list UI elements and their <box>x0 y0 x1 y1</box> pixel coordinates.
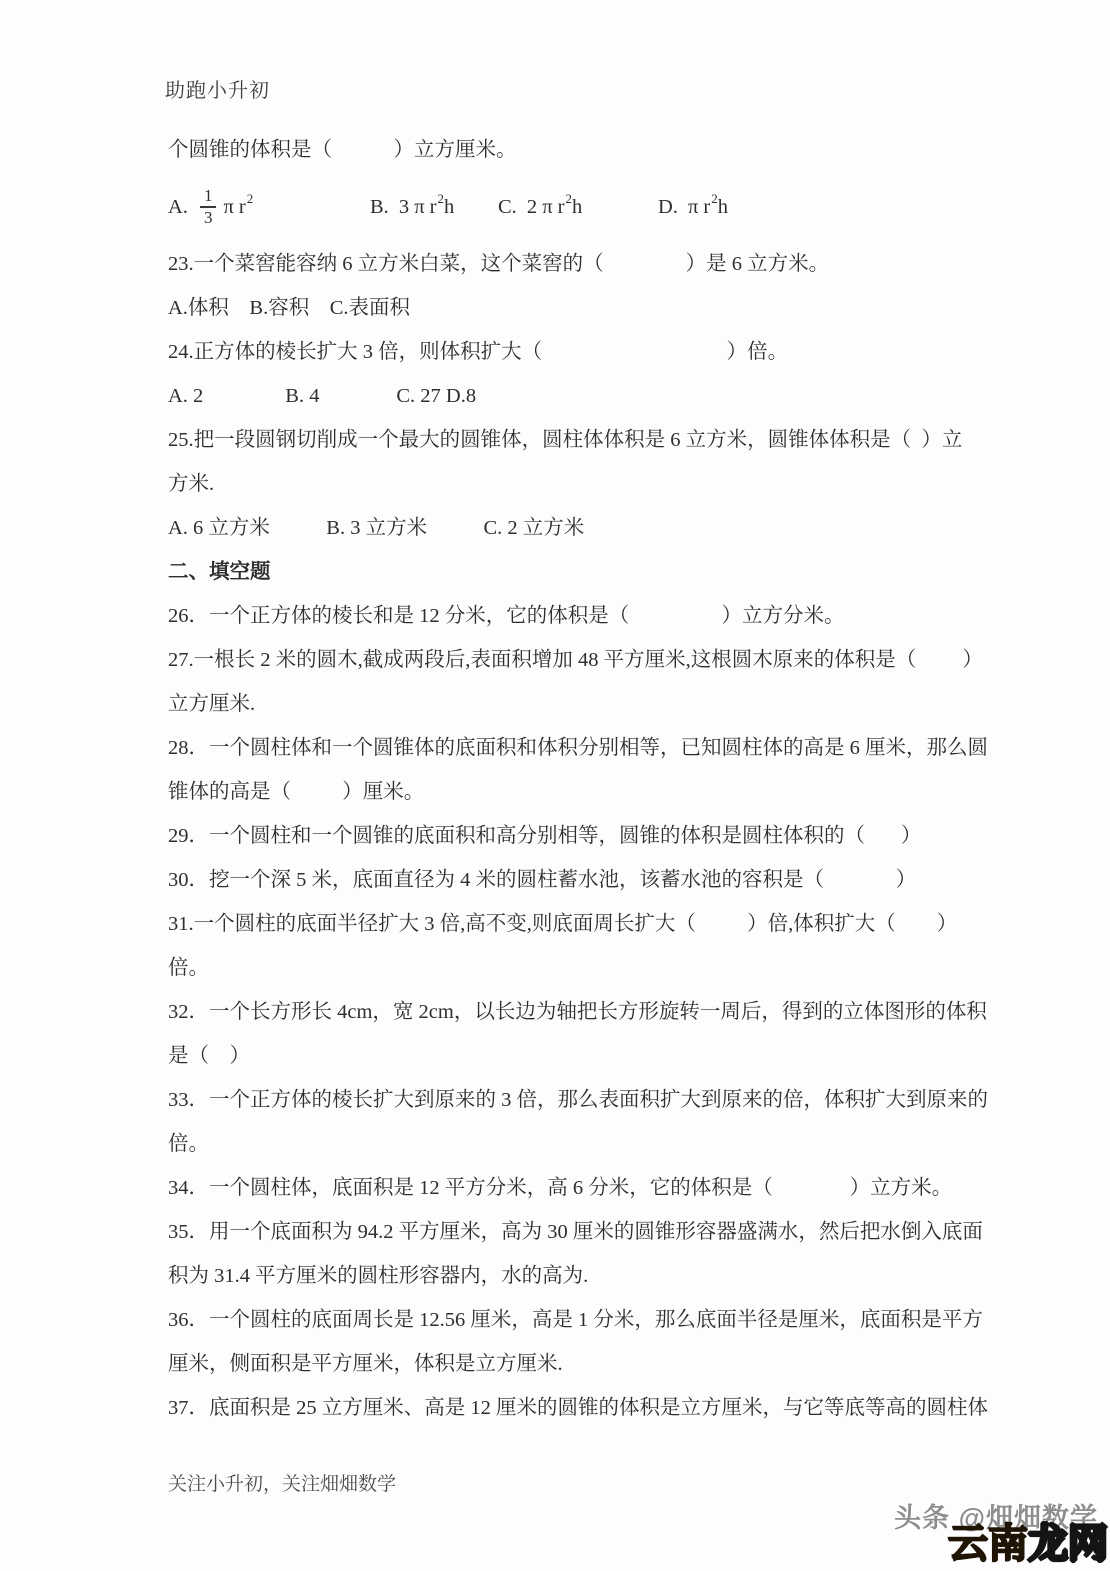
line-q29: 29．一个圆柱和一个圆锥的底面积和高分别相等，圆锥的体积是圆柱体积的（ ） <box>168 814 968 858</box>
q22-options-row: A. 1 3 π r2 B. 3 π r2h C. 2 π r2h D. π r… <box>168 172 968 242</box>
line-q28: 28．一个圆柱体和一个圆锥体的底面积和体积分别相等，已知圆柱体的高是 6 厘米，… <box>168 726 968 770</box>
line-q25-options: A. 6 立方米 B. 3 立方米 C. 2 立方米 <box>168 506 968 550</box>
line-q25: 25.把一段圆钢切削成一个最大的圆锥体，圆柱体体积是 6 立方米，圆锥体体积是（… <box>168 418 968 462</box>
option-c-expression: 2 π r <box>527 185 565 229</box>
line-q36-cont: 厘米，侧面积是平方厘米，体积是立方厘米. <box>168 1342 968 1386</box>
fraction-denominator: 3 <box>200 208 217 228</box>
option-d-expression: π r <box>688 185 710 229</box>
line-q24: 24.正方体的棱长扩大 3 倍，则体积扩大（ ）倍。 <box>168 330 968 374</box>
watermark: 头条 @畑畑数学 云南龙网 <box>868 1496 1108 1568</box>
option-b-exponent: 2 <box>438 177 445 221</box>
watermark-site-name-orange: 云南 <box>948 1522 1028 1566</box>
line-q27: 27.一根长 2 米的圆木,截成两段后,表面积增加 48 平方厘米,这根圆木原来… <box>168 638 968 682</box>
line-q23: 23.一个菜窖能容纳 6 立方米白菜，这个菜窖的（ ）是 6 立方米。 <box>168 242 968 286</box>
q22-option-d: D. π r2h <box>658 185 728 229</box>
line-q32-cont: 是（ ） <box>168 1034 968 1078</box>
line-q33: 33．一个正方体的棱长扩大到原来的 3 倍，那么表面积扩大到原来的倍，体积扩大到… <box>168 1078 968 1122</box>
option-a-expression: π r <box>223 185 245 229</box>
line-q34: 34．一个圆柱体，底面积是 12 平方分米，高 6 分米，它的体积是（ ）立方米… <box>168 1166 968 1210</box>
page-footer-note: 关注小升初，关注畑畑数学 <box>168 1470 396 1500</box>
option-b-suffix: h <box>444 185 454 229</box>
fraction-one-third: 1 3 <box>200 186 217 227</box>
line-q33-cont: 倍。 <box>168 1122 968 1166</box>
q22-option-a: A. 1 3 π r2 <box>168 185 370 229</box>
option-d-label: D. <box>658 185 678 229</box>
option-a-exponent: 2 <box>247 177 254 221</box>
option-d-exponent: 2 <box>711 177 718 221</box>
option-c-suffix: h <box>572 185 582 229</box>
line-q31-cont: 倍。 <box>168 946 968 990</box>
option-b-label: B. <box>370 185 389 229</box>
watermark-site-name-white: 龙网 <box>1028 1522 1108 1566</box>
line-q36: 36．一个圆柱的底面周长是 12.56 厘米，高是 1 分米，那么底面半径是厘米… <box>168 1298 968 1342</box>
line-q35-cont: 积为 31.4 平方厘米的圆柱形容器内，水的高为. <box>168 1254 968 1298</box>
option-d-suffix: h <box>718 185 728 229</box>
line-q23-options: A.体积 B.容积 C.表面积 <box>168 286 968 330</box>
line-q24-options: A. 2 B. 4 C. 27 D.8 <box>168 374 968 418</box>
page-header-title: 助跑小升初 <box>165 74 270 103</box>
q22-option-c: C. 2 π r2h <box>498 185 658 229</box>
watermark-site-logo: 云南龙网 <box>948 1512 1108 1569</box>
line-q37: 37．底面积是 25 立方厘米、高是 12 厘米的圆锥的体积是立方厘米，与它等底… <box>168 1386 968 1430</box>
line-q28-cont: 锥体的高是（ ）厘米。 <box>168 770 968 814</box>
line-q35: 35．用一个底面积为 94.2 平方厘米，高为 30 厘米的圆锥形容器盛满水，然… <box>168 1210 968 1254</box>
option-c-label: C. <box>498 185 517 229</box>
option-c-exponent: 2 <box>566 177 573 221</box>
line-q31: 31.一个圆柱的底面半径扩大 3 倍,高不变,则底面周长扩大（ ）倍,体积扩大（… <box>168 902 968 946</box>
line-q25-cont: 方米. <box>168 462 968 506</box>
section-title-fill-in-blanks: 二、填空题 <box>168 550 968 594</box>
worksheet-body: 个圆锥的体积是（ ）立方厘米。 A. 1 3 π r2 B. 3 π r2h C… <box>168 128 968 1430</box>
worksheet-page: 助跑小升初 个圆锥的体积是（ ）立方厘米。 A. 1 3 π r2 B. 3 π… <box>0 0 1110 1571</box>
q22-option-b: B. 3 π r2h <box>370 185 498 229</box>
option-a-label: A. <box>168 185 188 229</box>
fraction-numerator: 1 <box>200 186 217 208</box>
line-q22-tail: 个圆锥的体积是（ ）立方厘米。 <box>168 128 968 172</box>
line-q30: 30．挖一个深 5 米，底面直径为 4 米的圆柱蓄水池，该蓄水池的容积是（ ） <box>168 858 968 902</box>
option-b-expression: 3 π r <box>399 185 437 229</box>
line-q27-cont: 立方厘米. <box>168 682 968 726</box>
line-q26: 26．一个正方体的棱长和是 12 分米，它的体积是（ ）立方分米。 <box>168 594 968 638</box>
line-q32: 32．一个长方形长 4cm，宽 2cm，以长边为轴把长方形旋转一周后，得到的立体… <box>168 990 968 1034</box>
